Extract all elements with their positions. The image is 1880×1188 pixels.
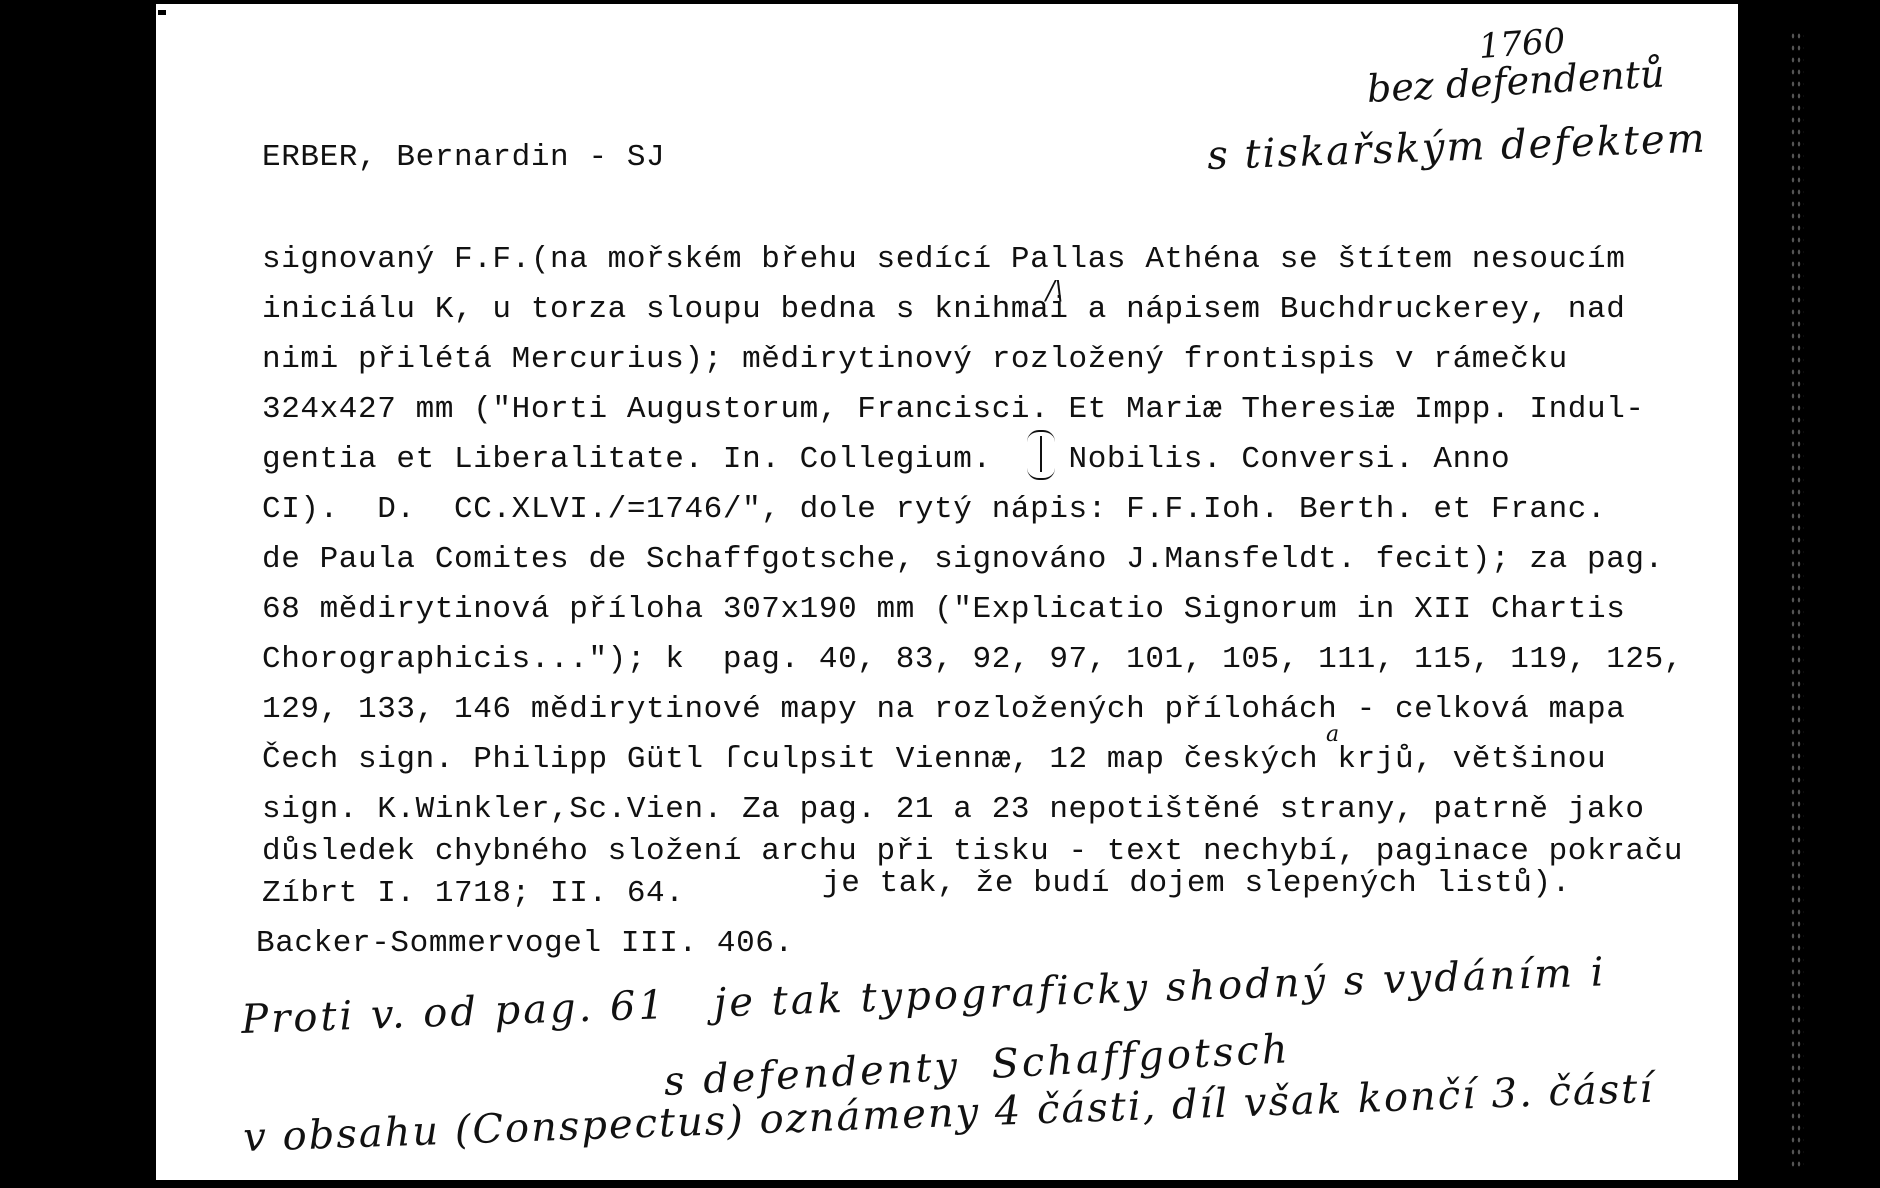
body-line: nimi přilétá Mercurius); mědirytinový ro… <box>262 344 1568 375</box>
body-line: 68 mědirytinová příloha 307x190 mm ("Exp… <box>262 594 1625 625</box>
body-line: Čech sign. Philipp Gütl ſculpsit Viennæ,… <box>262 744 1606 775</box>
inline-correction-mark: /\ <box>1046 276 1064 306</box>
reference-backer-sommervogel: Backer-Sommervogel III. 406. <box>256 928 794 959</box>
body-line: sign. K.Winkler,Sc.Vien. Za pag. 21 a 23… <box>262 794 1645 825</box>
body-line: Chorographicis..."); k pag. 40, 83, 92, … <box>262 644 1683 675</box>
reference-zibrt: Zíbrt I. 1718; II. 64. <box>262 878 684 909</box>
body-line: gentia et Liberalitate. In. Collegium. N… <box>262 444 1510 475</box>
body-line: 324x427 mm ("Horti Augustorum, Francisci… <box>262 394 1645 425</box>
inline-correction-a: a <box>1326 722 1339 747</box>
body-line: signovaný F.F.(na mořském břehu sedící P… <box>262 244 1625 275</box>
body-line: 129, 133, 146 mědirytinové mapy na rozlo… <box>262 694 1625 725</box>
body-line: CI). D. CC.XLVI./=1746/", dole rytý nápi… <box>262 494 1606 525</box>
body-line: důsledek chybného složení archu při tisk… <box>262 836 1683 867</box>
author-heading: ERBER, Bernardin - SJ <box>262 142 665 173</box>
continuation-line: je tak, že budí dojem slepených listů). <box>822 868 1571 899</box>
film-edge-strip <box>1790 30 1804 1170</box>
body-line: de Paula Comites de Schaffgotsche, signo… <box>262 544 1664 575</box>
body-line: iniciálu K, u torza sloupu bedna s knihm… <box>262 294 1625 325</box>
corner-mark <box>158 10 166 15</box>
margin-insertion-mark <box>1027 430 1055 480</box>
